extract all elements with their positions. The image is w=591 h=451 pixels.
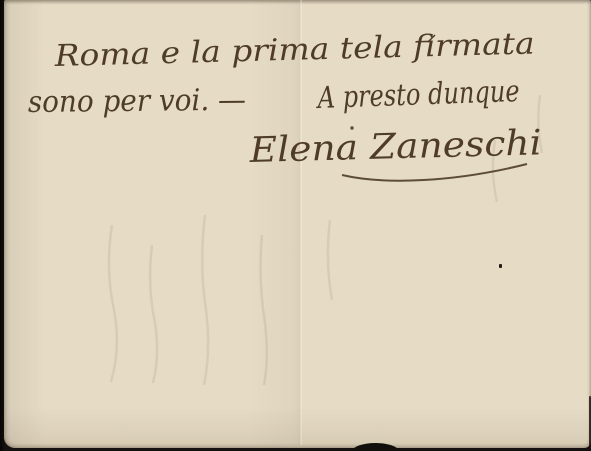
- background-notch-bottom: [353, 443, 398, 451]
- handwritten-line-2-right: A presto dunque: [315, 74, 521, 116]
- photo-background: Roma e la prima tela firmata sono per vo…: [0, 0, 591, 451]
- handwritten-line-2-left: sono per voi. —: [28, 83, 246, 120]
- handwritten-line-1: Roma e la prima tela firmata: [53, 26, 535, 74]
- handwriting-layer: Roma e la prima tela firmata sono per vo…: [0, 0, 591, 451]
- signature: Elena Zaneschi: [248, 123, 542, 171]
